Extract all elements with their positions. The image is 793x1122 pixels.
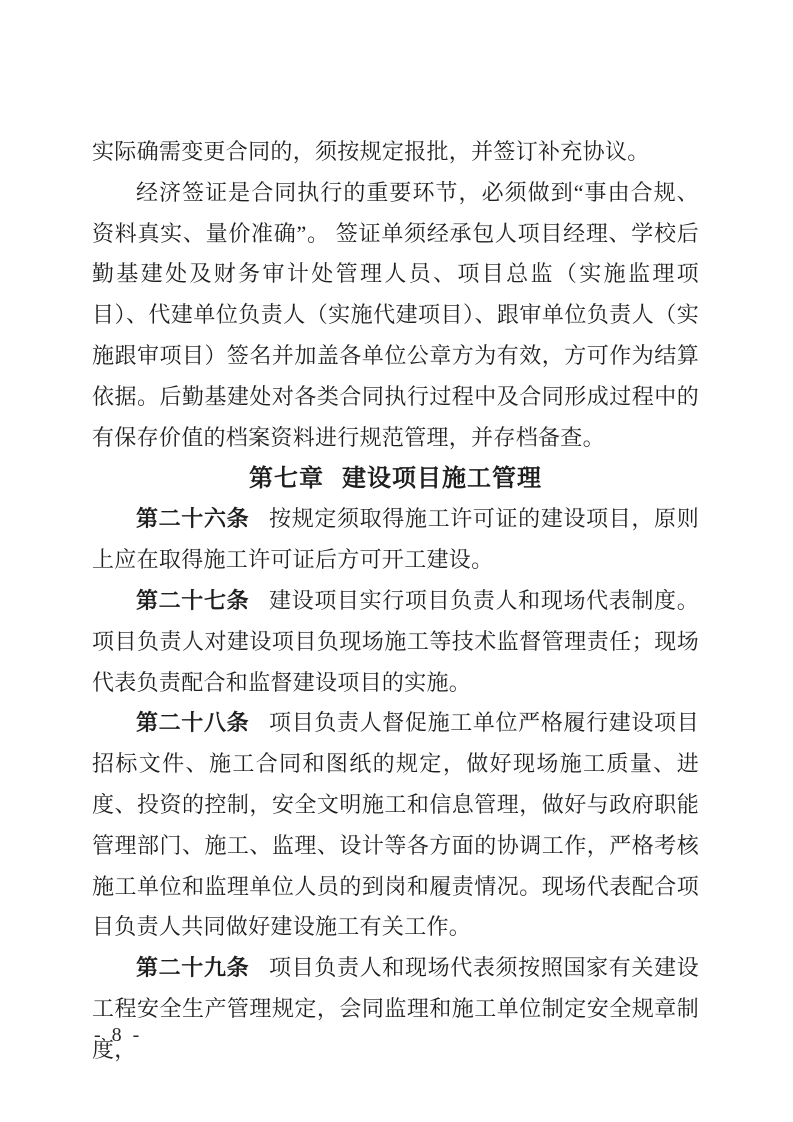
page-number: - 8 - — [94, 1023, 142, 1047]
article-26: 第二十六条按规定须取得施工许可证的建设项目，原则上应在取得施工许可证后方可开工建… — [92, 499, 699, 581]
article-28: 第二十八条项目负责人督促施工单位严格履行建设项目招标文件、施工合同和图纸的规定，… — [92, 703, 699, 948]
chapter-number: 第七章 — [249, 465, 324, 492]
article-29-term: 第二十九条 — [136, 955, 249, 980]
chapter-title: 建设项目施工管理 — [342, 465, 542, 492]
article-28-term: 第二十八条 — [136, 710, 249, 735]
article-26-term: 第二十六条 — [136, 506, 249, 531]
document-page: 实际确需变更合同的，须按规定报批，并签订补充协议。 经济签证是合同执行的重要环节… — [0, 0, 793, 1122]
chapter-heading: 第七章建设项目施工管理 — [92, 458, 699, 499]
document-body: 实际确需变更合同的，须按规定报批，并签订补充协议。 经济签证是合同执行的重要环节… — [92, 132, 699, 1071]
article-29: 第二十九条项目负责人和现场代表须按照国家有关建设工程安全生产管理规定，会同监理和… — [92, 948, 699, 1070]
article-28-text: 项目负责人督促施工单位严格履行建设项目招标文件、施工合同和图纸的规定，做好现场施… — [92, 710, 699, 939]
paragraph-contract-change: 实际确需变更合同的，须按规定报批，并签订补充协议。 — [92, 132, 699, 173]
article-27-term: 第二十七条 — [136, 588, 249, 613]
article-27: 第二十七条建设项目实行项目负责人和现场代表制度。项目负责人对建设项目负现场施工等… — [92, 581, 699, 703]
paragraph-economic-visa: 经济签证是合同执行的重要环节，必须做到“事由合规、资料真实、量价准确”。 签证单… — [92, 173, 699, 459]
